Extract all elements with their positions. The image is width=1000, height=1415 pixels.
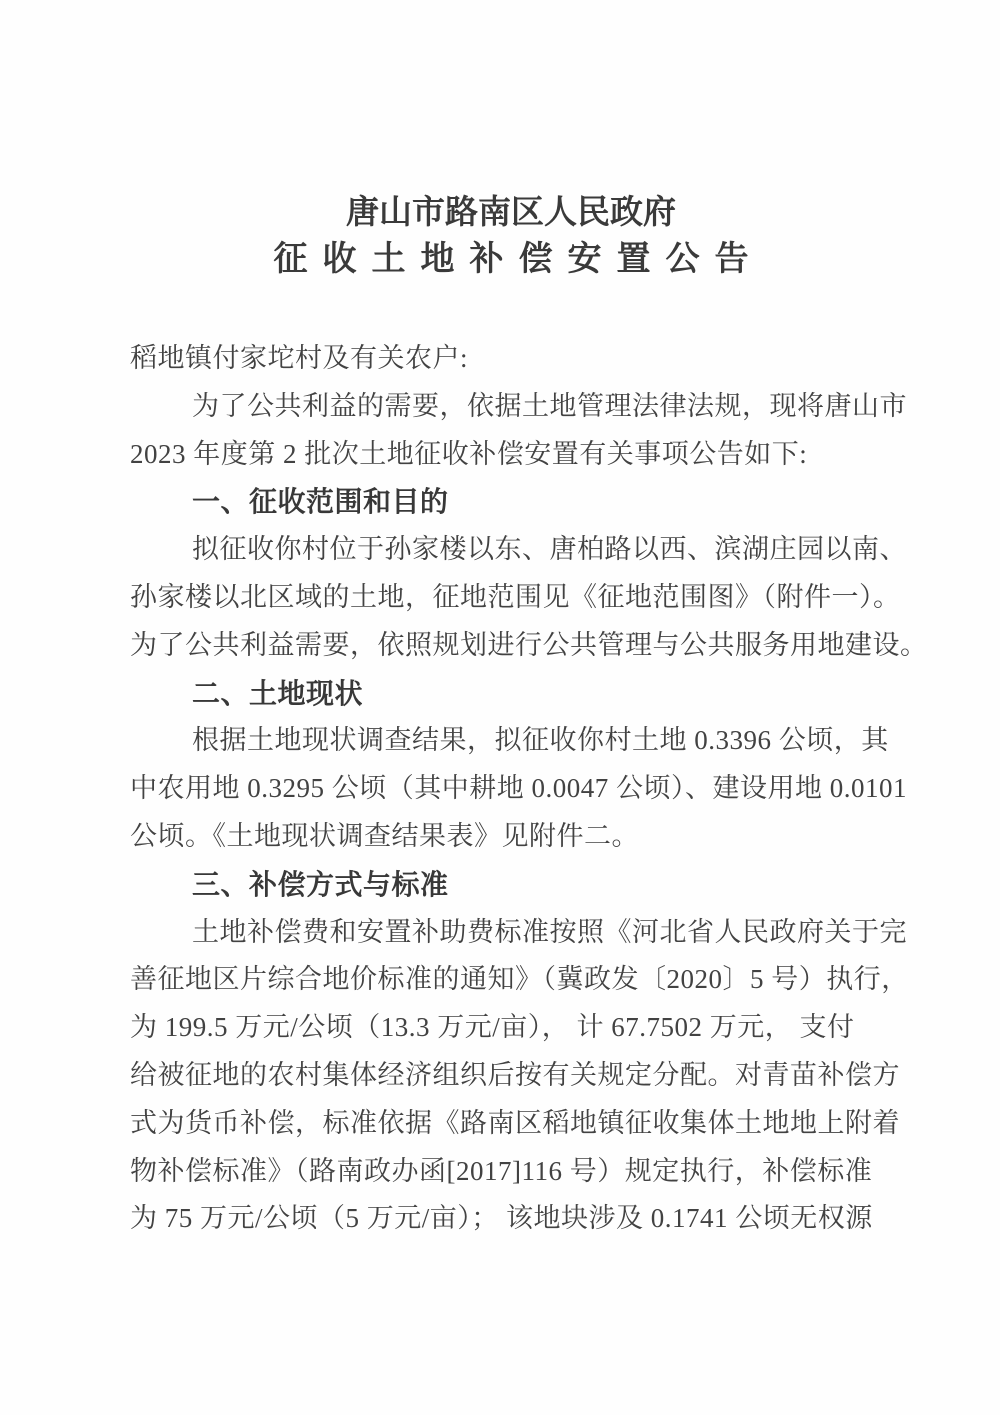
paragraph-4-line-5: 式为货币补偿，标准依据《路南区稻地镇征收集体土地地上附着 [130,1100,892,1148]
paragraph-3-line-3: 公顷。《土地现状调查结果表》见附件二。 [130,813,892,861]
paragraph-4-line-2: 善征地区片综合地价标准的通知》（冀政发〔2020〕5 号）执行， [130,956,892,1004]
paragraph-4-line-7: 为 75 万元/公顷（5 万元/亩）； 该地块涉及 0.1741 公顷无权源 [130,1195,892,1243]
section-heading-1: 一、征收范围和目的 [130,478,892,526]
paragraph-3-line-1: 根据土地现状调查结果，拟征收你村土地 0.3396 公顷，其 [130,717,892,765]
paragraph-2-line-2: 孙家楼以北区域的土地，征地范围见《征地范围图》（附件一）。 [130,574,892,622]
paragraph-4-line-6: 物补偿标准》（路南政办函[2017]116 号）规定执行，补偿标准 [130,1148,892,1196]
document-content: 唐山市路南区人民政府 征收土地补偿安置公告 稻地镇付家坨村及有关农户: 为了公共… [130,188,892,1243]
paragraph-4-line-1: 土地补偿费和安置补助费标准按照《河北省人民政府关于完 [130,909,892,957]
salutation-line: 稻地镇付家坨村及有关农户: [130,335,892,383]
paragraph-2-line-3: 为了公共利益需要，依照规划进行公共管理与公共服务用地建设。 [130,622,892,670]
section-heading-3: 三、补偿方式与标准 [130,861,892,909]
document-subtitle: 征收土地补偿安置公告 [130,236,892,283]
paragraph-1-line-1: 为了公共利益的需要，依据土地管理法律法规，现将唐山市 [130,383,892,431]
paragraph-1-line-2: 2023 年度第 2 批次土地征收补偿安置有关事项公告如下: [130,431,892,479]
paragraph-4-line-4: 给被征地的农村集体经济组织后按有关规定分配。对青苗补偿方 [130,1052,892,1100]
paragraph-2-line-1: 拟征收你村位于孙家楼以东、唐柏路以西、滨湖庄园以南、 [130,526,892,574]
document-page: 唐山市路南区人民政府 征收土地补偿安置公告 稻地镇付家坨村及有关农户: 为了公共… [0,0,1000,1415]
section-heading-2: 二、土地现状 [130,670,892,718]
document-title: 唐山市路南区人民政府 [130,188,892,236]
paragraph-4-line-3: 为 199.5 万元/公顷（13.3 万元/亩）， 计 67.7502 万元， … [130,1004,892,1052]
paragraph-3-line-2: 中农用地 0.3295 公顷（其中耕地 0.0047 公顷）、建设用地 0.01… [130,765,892,813]
